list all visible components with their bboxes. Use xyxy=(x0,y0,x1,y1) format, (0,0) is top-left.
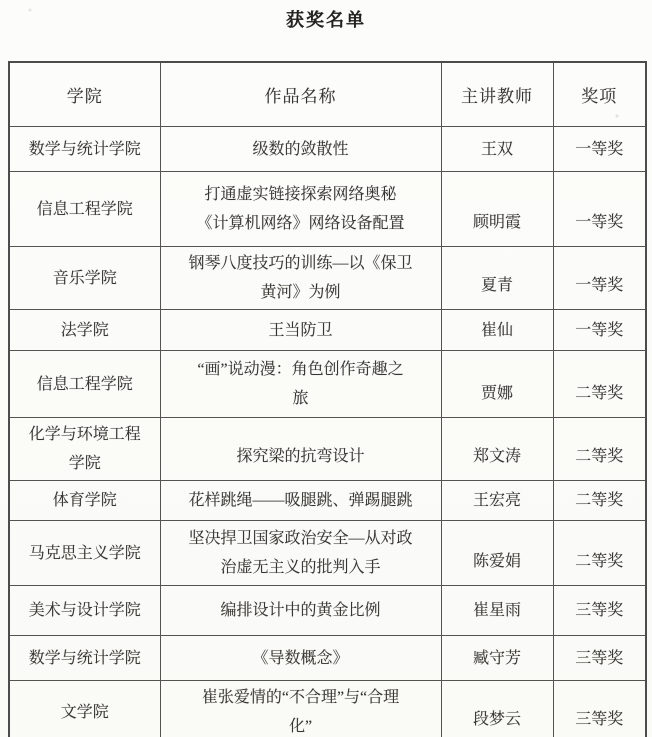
teacher-cell: 顾明霞 xyxy=(441,172,553,247)
table-row: 信息工程学院 打通虚实链接探索网络奥秘 《计算机网络》网络设备配置 顾明霞 一等… xyxy=(9,172,646,247)
teacher-cell: 段梦云 xyxy=(441,681,553,737)
college-cell: 化学与环境工程 学院 xyxy=(9,418,160,481)
award-cell: 一等奖 xyxy=(553,172,646,247)
table-row: 体育学院 花样跳绳——吸腿跳、弹踢腿跳 王宏亮 二等奖 xyxy=(9,481,646,521)
column-header-college: 学院 xyxy=(9,62,160,127)
awards-table-header: 学院 作品名称 主讲教师 奖项 xyxy=(9,62,646,127)
awards-table: 学院 作品名称 主讲教师 奖项 数学与统计学院 级数的敛散性 王双 一等奖 信息… xyxy=(8,61,647,737)
college-cell: 美术与设计学院 xyxy=(9,586,160,636)
award-cell: 一等奖 xyxy=(553,247,646,310)
table-row: 数学与统计学院 《导数概念》 臧守芳 三等奖 xyxy=(9,636,646,681)
column-header-teacher: 主讲教师 xyxy=(441,62,553,127)
college-cell: 数学与统计学院 xyxy=(9,127,160,172)
teacher-cell: 郑文涛 xyxy=(441,418,553,481)
work-title-cell: 《导数概念》 xyxy=(160,636,441,681)
work-title-cell: 探究梁的抗弯设计 xyxy=(160,418,441,481)
work-title-cell: 打通虚实链接探索网络奥秘 《计算机网络》网络设备配置 xyxy=(160,172,441,247)
award-cell: 三等奖 xyxy=(553,681,646,737)
teacher-cell: 王宏亮 xyxy=(441,481,553,521)
awards-table-body: 数学与统计学院 级数的敛散性 王双 一等奖 信息工程学院 打通虚实链接探索网络奥… xyxy=(9,127,646,737)
column-header-award: 奖项 xyxy=(553,62,646,127)
award-cell: 二等奖 xyxy=(553,521,646,586)
award-cell: 二等奖 xyxy=(553,351,646,418)
college-cell: 信息工程学院 xyxy=(9,172,160,247)
document-title: 获奖名单 xyxy=(0,6,652,32)
college-cell: 法学院 xyxy=(9,310,160,351)
college-cell: 数学与统计学院 xyxy=(9,636,160,681)
work-title-cell: 钢琴八度技巧的训练—以《保卫 黄河》为例 xyxy=(160,247,441,310)
table-row: 化学与环境工程 学院 探究梁的抗弯设计 郑文涛 二等奖 xyxy=(9,418,646,481)
header-row: 学院 作品名称 主讲教师 奖项 xyxy=(9,62,646,127)
table-row: 法学院 王当防卫 崔仙 一等奖 xyxy=(9,310,646,351)
work-title-cell: 坚决捍卫国家政治安全—从对政 治虚无主义的批判入手 xyxy=(160,521,441,586)
teacher-cell: 臧守芳 xyxy=(441,636,553,681)
teacher-cell: 夏青 xyxy=(441,247,553,310)
award-cell: 二等奖 xyxy=(553,481,646,521)
table-row: 信息工程学院 “画”说动漫：角色创作奇趣之 旅 贾娜 二等奖 xyxy=(9,351,646,418)
college-cell: 信息工程学院 xyxy=(9,351,160,418)
college-cell: 马克思主义学院 xyxy=(9,521,160,586)
teacher-cell: 崔星雨 xyxy=(441,586,553,636)
college-cell: 文学院 xyxy=(9,681,160,737)
work-title-cell: 崔张爱情的“不合理”与“合理 化” xyxy=(160,681,441,737)
table-row: 音乐学院 钢琴八度技巧的训练—以《保卫 黄河》为例 夏青 一等奖 xyxy=(9,247,646,310)
table-row: 文学院 崔张爱情的“不合理”与“合理 化” 段梦云 三等奖 xyxy=(9,681,646,737)
scanned-document-page: 获奖名单 学院 作品名称 主讲教师 奖项 数学与统计学院 级数的敛散性 王双 一… xyxy=(0,0,652,737)
award-cell: 一等奖 xyxy=(553,310,646,351)
teacher-cell: 贾娜 xyxy=(441,351,553,418)
work-title-cell: 王当防卫 xyxy=(160,310,441,351)
table-row: 马克思主义学院 坚决捍卫国家政治安全—从对政 治虚无主义的批判入手 陈爱娟 二等… xyxy=(9,521,646,586)
teacher-cell: 王双 xyxy=(441,127,553,172)
table-row: 美术与设计学院 编排设计中的黄金比例 崔星雨 三等奖 xyxy=(9,586,646,636)
work-title-cell: 编排设计中的黄金比例 xyxy=(160,586,441,636)
column-header-work-title: 作品名称 xyxy=(160,62,441,127)
college-cell: 音乐学院 xyxy=(9,247,160,310)
work-title-cell: 花样跳绳——吸腿跳、弹踢腿跳 xyxy=(160,481,441,521)
college-cell: 体育学院 xyxy=(9,481,160,521)
work-title-cell: 级数的敛散性 xyxy=(160,127,441,172)
award-cell: 三等奖 xyxy=(553,586,646,636)
award-cell: 一等奖 xyxy=(553,127,646,172)
award-cell: 二等奖 xyxy=(553,418,646,481)
teacher-cell: 崔仙 xyxy=(441,310,553,351)
table-row: 数学与统计学院 级数的敛散性 王双 一等奖 xyxy=(9,127,646,172)
work-title-cell: “画”说动漫：角色创作奇趣之 旅 xyxy=(160,351,441,418)
award-cell: 三等奖 xyxy=(553,636,646,681)
teacher-cell: 陈爱娟 xyxy=(441,521,553,586)
